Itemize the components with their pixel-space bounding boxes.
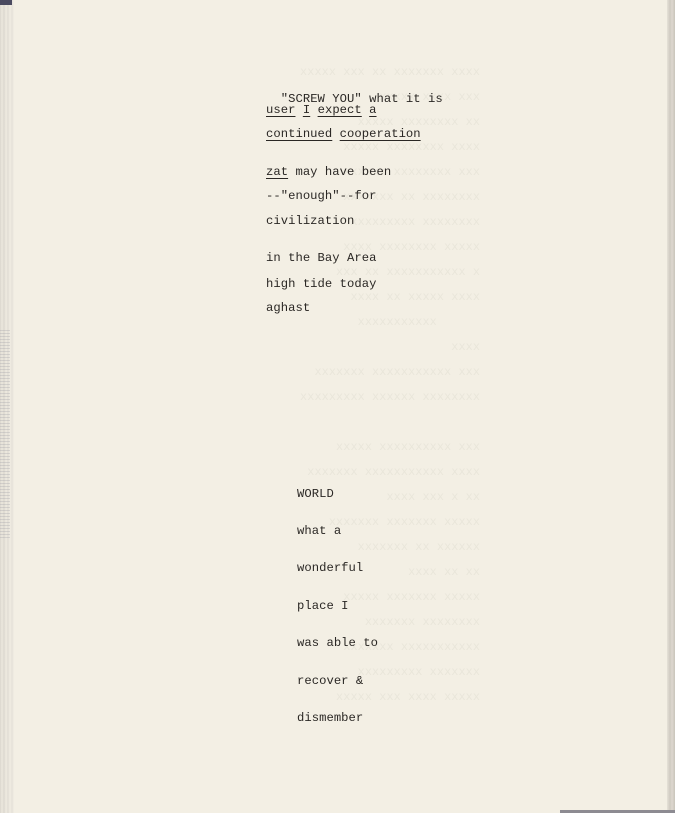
poem-line: zat may have been xyxy=(266,165,391,179)
poem-line: what a xyxy=(297,524,341,538)
underlined-word: continued xyxy=(266,127,332,141)
line-text: --"enough"--for xyxy=(266,189,376,203)
poem-line: user I expect a xyxy=(266,103,377,117)
poem-line-world: WORLD xyxy=(297,487,334,501)
underlined-word: user xyxy=(266,103,295,117)
poem-line: high tide today xyxy=(266,277,376,291)
scanned-page xyxy=(0,0,675,813)
poem-line: continued cooperation xyxy=(266,127,421,141)
poem-line: was able to xyxy=(297,636,378,650)
poem-line: recover & xyxy=(297,674,363,688)
poem-line: place I xyxy=(297,599,349,613)
poem-line: aghast xyxy=(266,301,310,315)
poem-line: --"enough"--for xyxy=(266,189,376,203)
poem-line: civilization xyxy=(266,214,354,228)
line-text: high tide today xyxy=(266,277,376,291)
page-stack-corner xyxy=(0,0,12,5)
underlined-word: expect xyxy=(318,103,362,117)
underlined-word: a xyxy=(369,103,376,117)
underlined-word: zat xyxy=(266,165,288,179)
poem-line: dismember xyxy=(297,711,363,725)
underlined-word: cooperation xyxy=(340,127,421,141)
page-stack-left-marks xyxy=(0,330,10,540)
line-text: in the Bay Area xyxy=(266,251,376,265)
line-text: civilization xyxy=(266,214,354,228)
poem-line: in the Bay Area xyxy=(266,251,376,265)
page-stack-right-edge xyxy=(667,0,675,813)
poem-line: wonderful xyxy=(297,561,363,575)
line-text: aghast xyxy=(266,301,310,315)
poem-line: "SCREW YOU" what it is xyxy=(266,78,443,106)
